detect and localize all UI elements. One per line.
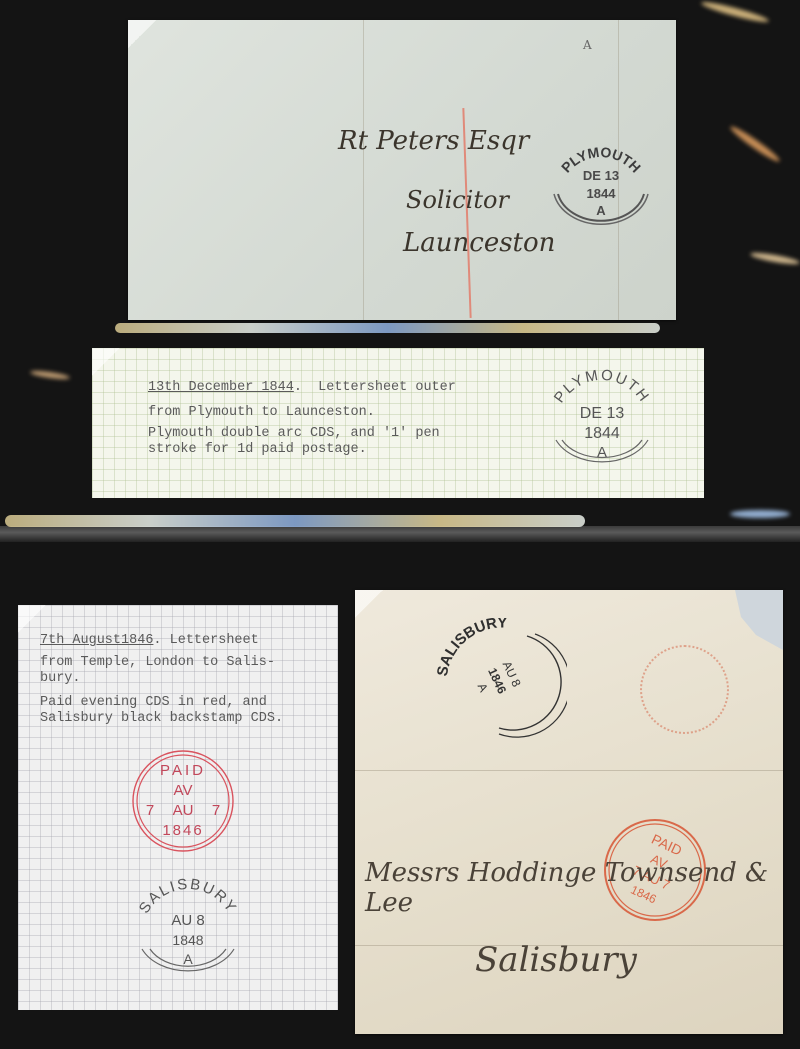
address-line: Rt Peters Esqr bbox=[338, 126, 529, 156]
corner-mark: A bbox=[583, 38, 592, 52]
svg-text:1844: 1844 bbox=[587, 186, 617, 201]
photo-corner bbox=[355, 590, 383, 618]
faint-red-postmark bbox=[640, 645, 729, 734]
date-heading: 7th August1846 bbox=[40, 633, 153, 648]
card-line-3: Plymouth double arc CDS, and '1' pen bbox=[148, 426, 440, 442]
svg-text:AU: AU bbox=[173, 802, 194, 819]
glare bbox=[30, 369, 70, 381]
address-line: Solicitor bbox=[406, 186, 509, 214]
plymouth-postmark-drawing: PLYMOUTH DE 13 1844 A bbox=[542, 356, 662, 468]
photo-corner bbox=[92, 348, 120, 376]
svg-text:1848: 1848 bbox=[172, 932, 203, 948]
glare bbox=[728, 124, 782, 165]
paid-stamp-drawing: PAID AV 7 AU 7 1846 bbox=[128, 745, 238, 857]
svg-text:7: 7 bbox=[146, 802, 154, 819]
card-line-2: from Temple, London to Salis- bbox=[40, 655, 275, 671]
glare bbox=[700, 0, 770, 25]
svg-text:PAID: PAID bbox=[160, 762, 206, 779]
salisbury-backstamp-drawing: SALISBURY AU 8 1848 A bbox=[128, 863, 248, 975]
fold-line bbox=[355, 770, 783, 771]
svg-text:A: A bbox=[597, 444, 607, 461]
card-line-1: 13th December 1844. Lettersheet outer bbox=[148, 378, 456, 398]
glare bbox=[750, 251, 800, 267]
card-line-5: Salisbury black backstamp CDS. bbox=[40, 711, 283, 727]
svg-text:A: A bbox=[475, 681, 491, 694]
svg-text:AU 8: AU 8 bbox=[171, 912, 204, 929]
photo-corner bbox=[18, 605, 46, 633]
plymouth-lettersheet: A Rt Peters Esqr Solicitor Launceston PL… bbox=[128, 20, 676, 320]
svg-text:A: A bbox=[596, 203, 606, 218]
svg-text:AV: AV bbox=[174, 782, 193, 799]
card-line-2: from Plymouth to Launceston. bbox=[148, 403, 375, 423]
svg-text:A: A bbox=[183, 951, 193, 967]
fold-line bbox=[363, 20, 364, 320]
svg-text:PLYMOUTH: PLYMOUTH bbox=[551, 367, 653, 406]
salisbury-lettersheet: SALISBURY AU 8 1846 A PAID AV 7 AU 7 184… bbox=[355, 590, 783, 1034]
card-line-3: bury. bbox=[40, 671, 81, 687]
card-line-1: 7th August1846. Lettersheet bbox=[40, 631, 259, 651]
address-line: Salisbury bbox=[475, 940, 637, 980]
sleeve-reflection bbox=[115, 323, 660, 333]
card-line-4: stroke for 1d paid postage. bbox=[148, 442, 367, 458]
svg-text:1844: 1844 bbox=[584, 425, 620, 442]
torn-corner bbox=[723, 590, 783, 650]
sleeve-reflection bbox=[5, 515, 585, 527]
svg-text:DE 13: DE 13 bbox=[580, 405, 625, 422]
photo-corner bbox=[128, 20, 156, 48]
salisbury-backstamp: SALISBURY AU 8 1846 A bbox=[437, 618, 567, 738]
album-strip bbox=[0, 526, 800, 542]
address-line: Messrs Hoddinge Townsend & Lee bbox=[365, 858, 783, 918]
svg-text:SALISBURY: SALISBURY bbox=[136, 876, 241, 917]
svg-text:1846: 1846 bbox=[162, 822, 203, 839]
plymouth-description-card: 13th December 1844. Lettersheet outer fr… bbox=[92, 348, 704, 498]
address-line: Launceston bbox=[403, 228, 555, 258]
plymouth-postmark: PLYMOUTH DE 13 1844 A bbox=[546, 128, 656, 228]
glare bbox=[730, 510, 790, 518]
salisbury-description-card: 7th August1846. Lettersheet from Temple,… bbox=[18, 605, 338, 1010]
svg-text:7: 7 bbox=[212, 802, 220, 819]
svg-text:DE 13: DE 13 bbox=[583, 168, 619, 183]
card-line-4: Paid evening CDS in red, and bbox=[40, 695, 267, 711]
date-heading: 13th December 1844 bbox=[148, 380, 294, 395]
